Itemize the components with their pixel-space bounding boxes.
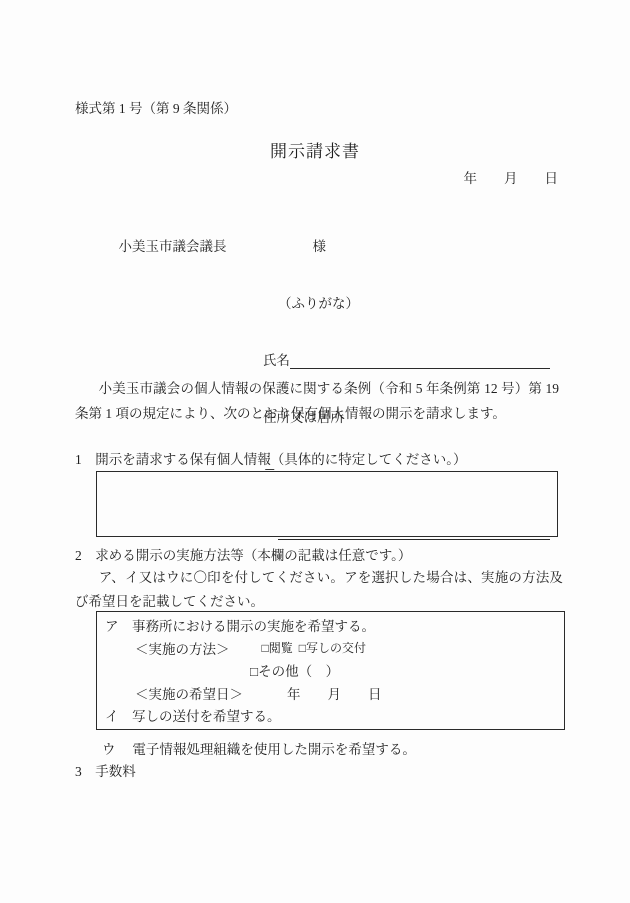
name-input-line[interactable] — [290, 344, 550, 369]
desired-date-field[interactable]: 年 月 日 — [287, 683, 382, 703]
addressee-name: 小美玉市議会議長 — [119, 239, 227, 254]
method-label: ＜実施の方法＞ — [135, 638, 230, 658]
checkbox-other[interactable]: □その他（ ） — [250, 660, 339, 680]
checkbox-copy[interactable]: □写しの交付 — [299, 639, 366, 656]
desired-date-row: ＜実施の希望日＞ 年 月 日 — [105, 682, 564, 705]
disclosure-method-box: ア 事務所における開示の実施を希望する。 ＜実施の方法＞ □閲覧 □写しの交付 … — [96, 611, 565, 730]
name-row: 氏名 — [263, 344, 550, 369]
checkbox-view[interactable]: □閲覧 — [262, 639, 293, 656]
option-a-row[interactable]: ア 事務所における開示の実施を希望する。 — [105, 614, 564, 637]
requested-info-entry-box[interactable] — [96, 471, 558, 537]
section3-heading: 3 手数料 — [75, 760, 136, 780]
option-c-row[interactable]: ウ 電子情報処理組織を使用した開示を希望する。 — [75, 738, 416, 758]
date-field[interactable]: 年 月 日 — [464, 167, 559, 187]
furigana-label: （ふりがな） — [263, 287, 550, 312]
option-b-row[interactable]: イ 写しの送付を希望する。 — [105, 704, 564, 727]
section2-instruction: ア、イ又はウに〇印を付してください。アを選択した場合は、実施の方法及び希望日を記… — [75, 566, 563, 614]
option-b-label: イ 写しの送付を希望する。 — [105, 705, 281, 725]
section2-heading: 2 求める開示の実施方法等（本欄の記載は任意です。） — [75, 544, 411, 564]
addressee-honorific: 様 — [313, 239, 327, 254]
page-title: 開示請求書 — [0, 137, 630, 162]
method-row: ＜実施の方法＞ □閲覧 □写しの交付 — [105, 637, 564, 660]
method-other-row: □その他（ ） — [105, 659, 564, 682]
section1-heading: 1 開示を請求する保有個人情報（具体的に特定してください。） — [75, 448, 467, 468]
disclosure-request-form: 様式第 1 号（第 9 条関係） 開示請求書 年 月 日 小美玉市議会議長様 （… — [0, 0, 630, 903]
option-a-label: ア 事務所における開示の実施を希望する。 — [105, 615, 375, 635]
intro-paragraph: 小美玉市議会の個人情報の保護に関する条例（令和 5 年条例第 12 号）第 19… — [75, 377, 559, 426]
desired-date-label: ＜実施の希望日＞ — [135, 683, 243, 703]
form-number: 様式第 1 号（第 9 条関係） — [75, 97, 237, 117]
name-label: 氏名 — [263, 349, 290, 369]
